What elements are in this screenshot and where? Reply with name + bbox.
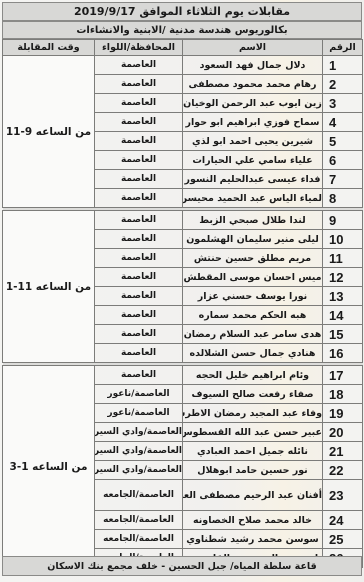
governorate: العاصمة	[95, 366, 183, 385]
candidate-name: ميس احسان موسى المقطش	[183, 268, 323, 287]
page-subtitle: بكالوريوس هندسة مدنية /الابنية والانشاءا…	[2, 21, 362, 39]
governorate: العاصمة	[95, 287, 183, 306]
governorate: العاصمة	[95, 113, 183, 132]
row-number: 4	[323, 113, 363, 132]
candidate-name: وفاء عبد المجيد رمضان الاطرش	[183, 404, 323, 423]
interview-time: من الساعه 11-1	[3, 211, 95, 363]
governorate: العاصمة/الجامعه	[95, 530, 183, 549]
row-number: 15	[323, 325, 363, 344]
candidate-name: رهام محمد محمود مصطفى	[183, 75, 323, 94]
row-number: 8	[323, 189, 363, 208]
row-number: 6	[323, 151, 363, 170]
interview-schedule-table: الرقم الاسم المحافظة/اللواء وقت المقابلة…	[2, 39, 363, 568]
table-row: 1دلال جمال فهد السعودالعاصمةمن الساعه 9-…	[3, 56, 363, 75]
candidate-name: لمياء الياس عبد الحميد محيسن	[183, 189, 323, 208]
governorate: العاصمة	[95, 189, 183, 208]
row-number: 5	[323, 132, 363, 151]
row-number: 10	[323, 230, 363, 249]
row-number: 7	[323, 170, 363, 189]
page-title: مقابلات يوم الثلاثاء الموافق 2019/9/17	[2, 2, 362, 21]
row-number: 22	[323, 461, 363, 480]
candidate-name: دلال جمال فهد السعود	[183, 56, 323, 75]
governorate: العاصمة	[95, 268, 183, 287]
governorate: العاصمة	[95, 132, 183, 151]
candidate-name: عبير حسن عبد الله القسطوس	[183, 423, 323, 442]
document-sheet: مقابلات يوم الثلاثاء الموافق 2019/9/17 ب…	[0, 0, 364, 582]
candidate-name: صفاء رفعت صالح السيوف	[183, 385, 323, 404]
header-name: الاسم	[183, 40, 323, 56]
candidate-name: لندا طلال صبحي الزبط	[183, 211, 323, 230]
governorate: العاصمة	[95, 211, 183, 230]
row-number: 11	[323, 249, 363, 268]
governorate: العاصمة	[95, 230, 183, 249]
row-number: 19	[323, 404, 363, 423]
candidate-name: خالد محمد صلاح الخصاونه	[183, 511, 323, 530]
header-governorate: المحافظة/اللواء	[95, 40, 183, 56]
row-number: 23	[323, 480, 363, 511]
governorate: العاصمة/الجامعه	[95, 480, 183, 511]
governorate: العاصمة/وادي السير	[95, 461, 183, 480]
row-number: 17	[323, 366, 363, 385]
row-number: 16	[323, 344, 363, 363]
location-footer: قاعة سلطة المياه/ جبل الحسين - خلف مجمع …	[2, 556, 362, 576]
table-body: 1دلال جمال فهد السعودالعاصمةمن الساعه 9-…	[3, 56, 363, 568]
row-number: 3	[323, 94, 363, 113]
candidate-name: نورا يوسف حسني عزار	[183, 287, 323, 306]
governorate: العاصمة	[95, 170, 183, 189]
candidate-name: مريم مطلق حسين حنتش	[183, 249, 323, 268]
row-number: 14	[323, 306, 363, 325]
header-number: الرقم	[323, 40, 363, 56]
table-row: 9لندا طلال صبحي الزبطالعاصمةمن الساعه 11…	[3, 211, 363, 230]
governorate: العاصمة	[95, 75, 183, 94]
governorate: العاصمة	[95, 249, 183, 268]
governorate: العاصمة	[95, 151, 183, 170]
candidate-name: سوسن محمد رشيد شطناوي	[183, 530, 323, 549]
row-number: 13	[323, 287, 363, 306]
candidate-name: وئام ابراهيم خليل الحجه	[183, 366, 323, 385]
row-number: 20	[323, 423, 363, 442]
governorate: العاصمة/ناعور	[95, 404, 183, 423]
candidate-name: علياء سامي علي الحيارات	[183, 151, 323, 170]
candidate-name: نائله جميل احمد العبادي	[183, 442, 323, 461]
governorate: العاصمة	[95, 94, 183, 113]
governorate: العاصمة/وادي السير	[95, 423, 183, 442]
candidate-name: زين ايوب عبد الرحمن الوخيان	[183, 94, 323, 113]
table-header-row: الرقم الاسم المحافظة/اللواء وقت المقابلة	[3, 40, 363, 56]
interview-time: من الساعه 1-3	[3, 366, 95, 568]
interview-time: من الساعه 9-11	[3, 56, 95, 208]
candidate-name: هنادي جمال حسن الشلالده	[183, 344, 323, 363]
candidate-name: سماح فوزي ابراهيم ابو حوار	[183, 113, 323, 132]
row-number: 1	[323, 56, 363, 75]
candidate-name: ليلى منير سليمان الهشلمون	[183, 230, 323, 249]
row-number: 24	[323, 511, 363, 530]
row-number: 25	[323, 530, 363, 549]
table-row: 17وئام ابراهيم خليل الحجهالعاصمةمن الساع…	[3, 366, 363, 385]
governorate: العاصمة	[95, 344, 183, 363]
governorate: العاصمة/ناعور	[95, 385, 183, 404]
candidate-name: شيرين يحيى احمد ابو لذي	[183, 132, 323, 151]
candidate-name: هدى سامر عبد السلام رمضان	[183, 325, 323, 344]
header-time: وقت المقابلة	[3, 40, 95, 56]
governorate: العاصمة	[95, 306, 183, 325]
candidate-name: نور حسين حامد ابوهلال	[183, 461, 323, 480]
row-number: 2	[323, 75, 363, 94]
row-number: 21	[323, 442, 363, 461]
row-number: 12	[323, 268, 363, 287]
candidate-name: فداء عيسى عبدالحليم النسور	[183, 170, 323, 189]
candidate-name: هبه الحكم محمد سماره	[183, 306, 323, 325]
governorate: العاصمة	[95, 56, 183, 75]
row-number: 18	[323, 385, 363, 404]
candidate-name: أفنان عبد الرحيم مصطفى العمري	[183, 480, 323, 511]
row-number: 9	[323, 211, 363, 230]
governorate: العاصمة/الجامعه	[95, 511, 183, 530]
governorate: العاصمة	[95, 325, 183, 344]
governorate: العاصمة/وادي السير	[95, 442, 183, 461]
